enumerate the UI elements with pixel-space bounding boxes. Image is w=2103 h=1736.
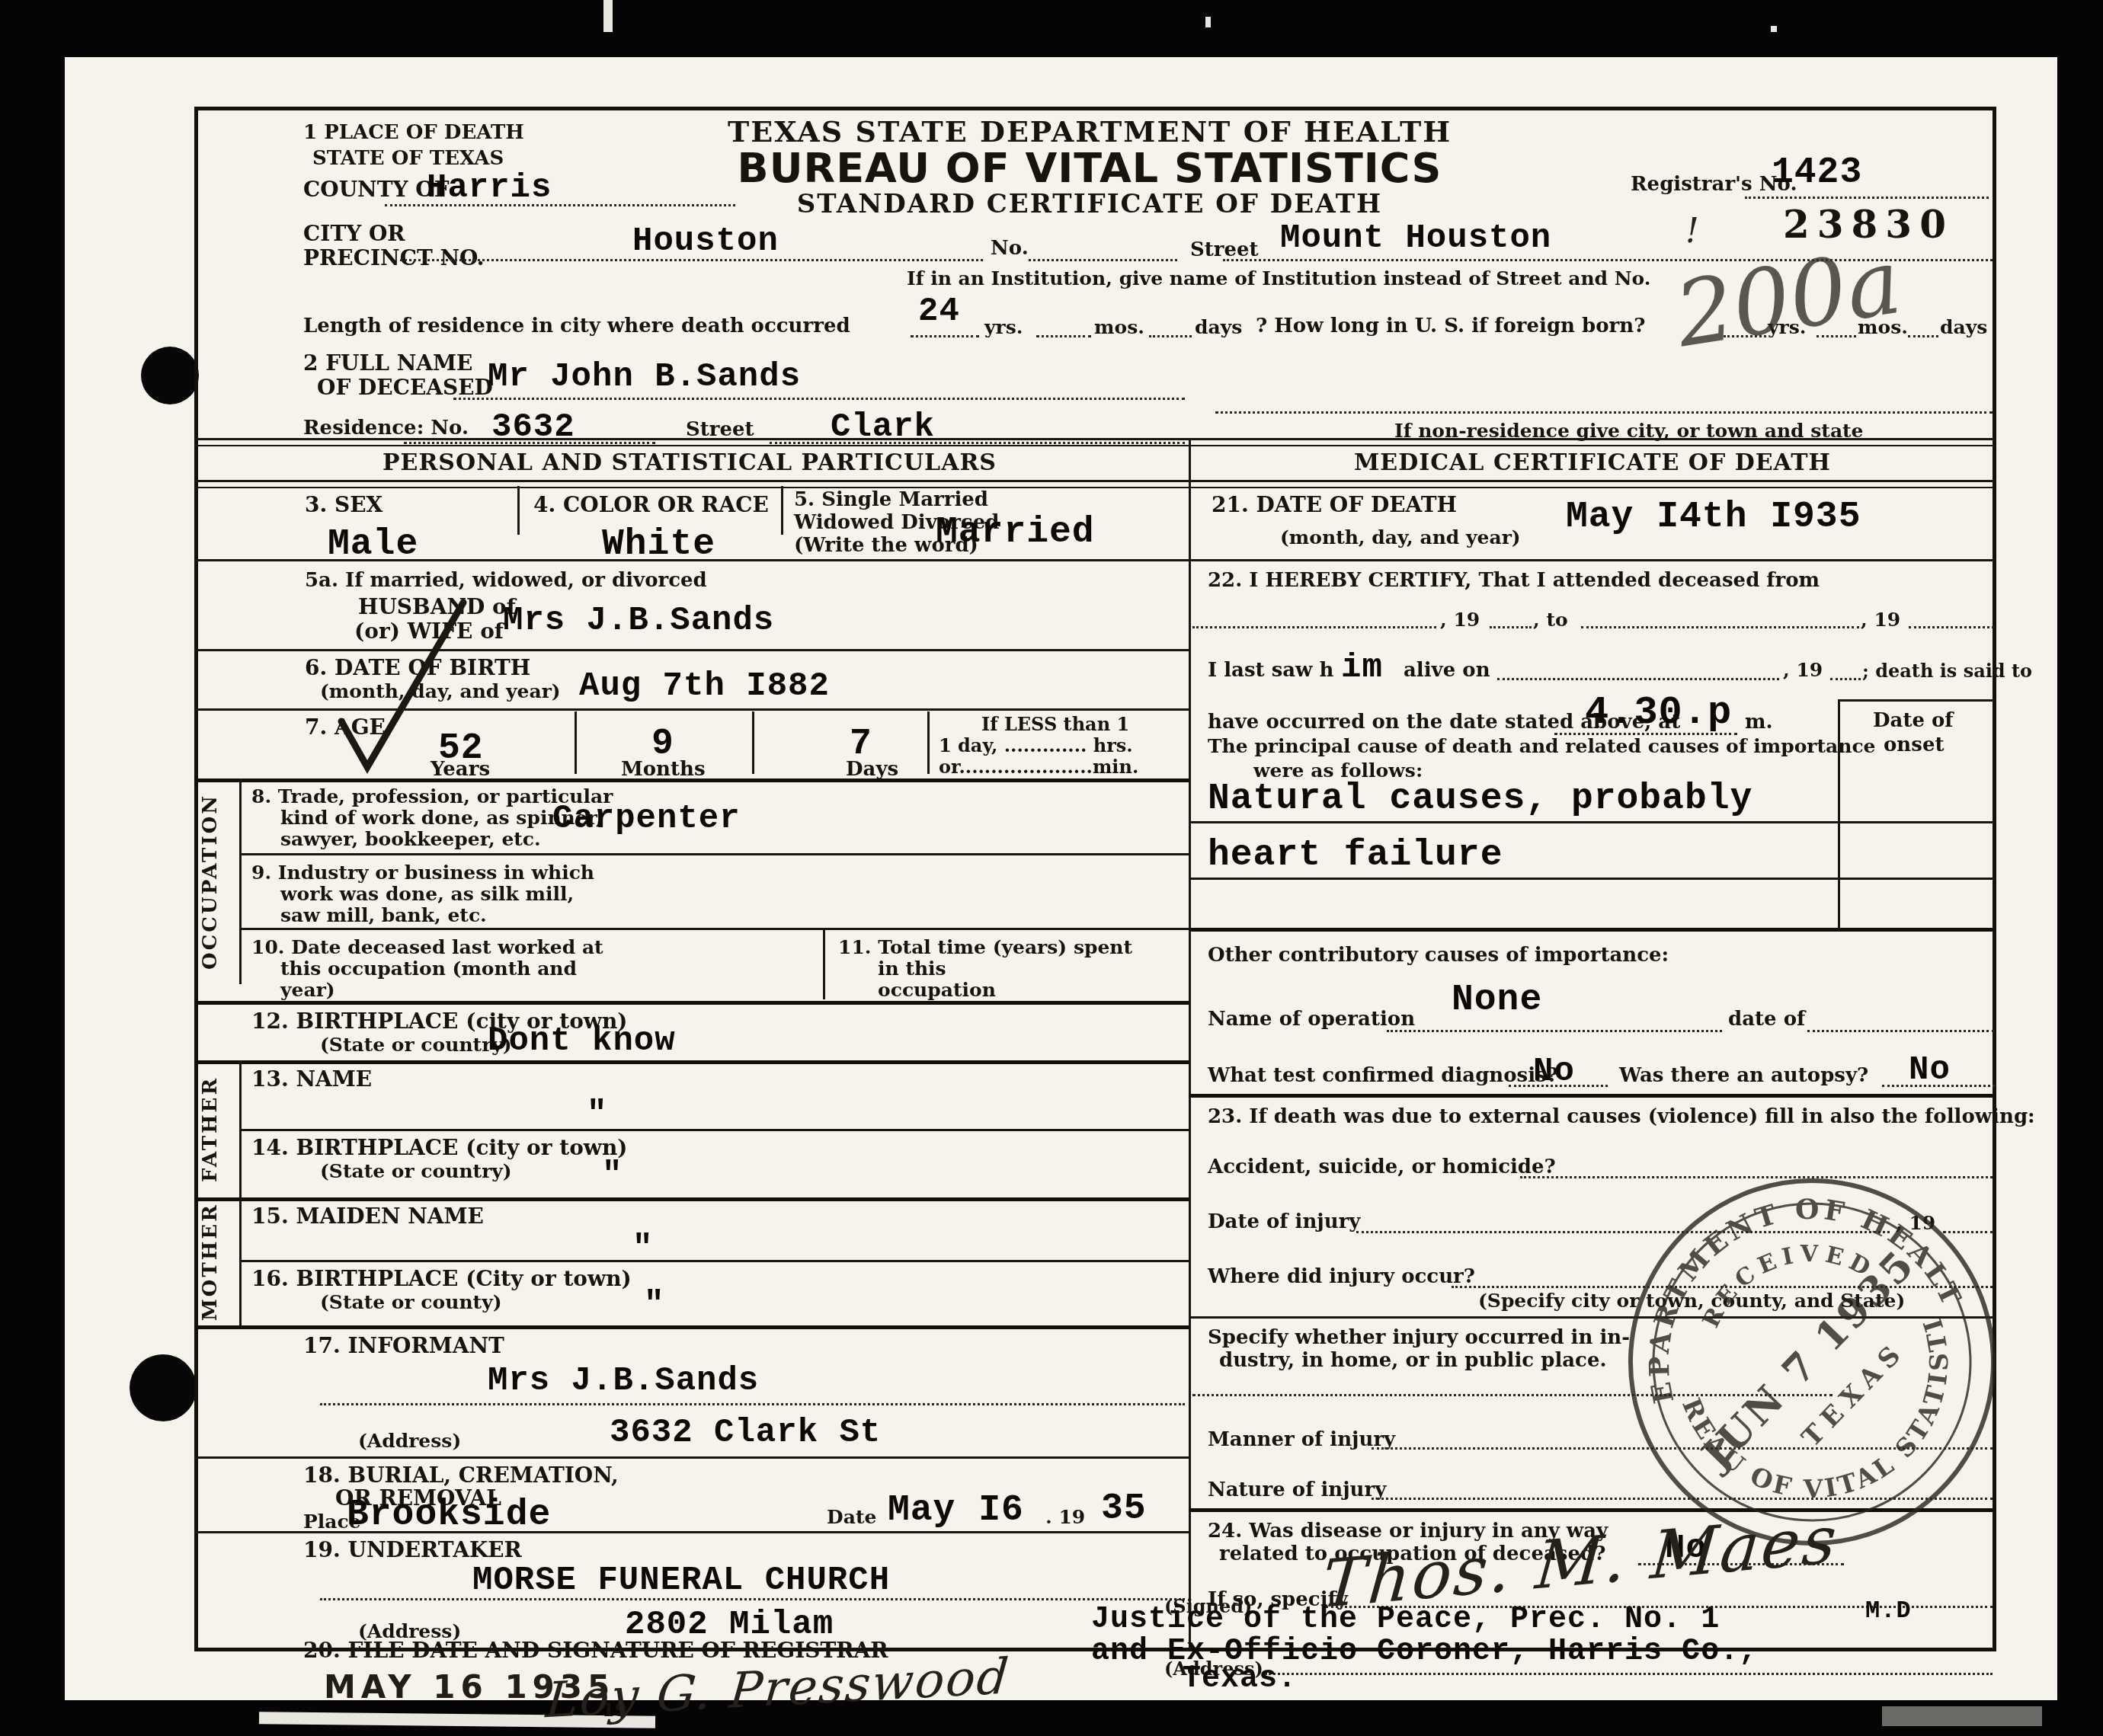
- s13-label: 13. NAME: [251, 1068, 372, 1091]
- injury-date-label: Date of injury: [1208, 1211, 1360, 1232]
- s19-value: MORSE FUNERAL CHURCH: [472, 1562, 890, 1600]
- age-less-label-2: 1 day, ............. hrs.: [939, 736, 1133, 756]
- institution-note: If in an Institution, give name of Insti…: [907, 268, 1651, 289]
- s18-date-label: Date: [827, 1507, 876, 1527]
- punch-hole: [130, 1354, 197, 1421]
- s14-label-2: (State or country): [320, 1161, 512, 1181]
- dotted-line: [911, 335, 979, 337]
- registrar-no-value: 1423: [1772, 152, 1862, 193]
- rule: [239, 853, 1189, 855]
- sex-label: 3. SEX: [305, 494, 383, 516]
- lastsaw-typed: im: [1341, 649, 1383, 687]
- s9-label-3: saw mill, bank, etc.: [280, 905, 487, 926]
- color-race-label: 4. COLOR OR RACE: [533, 494, 769, 516]
- cell-divider: [927, 711, 930, 774]
- place-of-death-label: 1 PLACE OF DEATH: [303, 122, 524, 143]
- s17-label: 17. INFORMANT: [303, 1335, 504, 1357]
- age-less-label-1: If LESS than 1: [981, 715, 1129, 734]
- signed-title-line-1: Justice of the Peace, Prec. No. 1: [1091, 1603, 1720, 1637]
- age-months-label: Months: [621, 759, 706, 780]
- dotted-line: [1509, 1085, 1608, 1087]
- residence-street-label: Street: [686, 419, 754, 440]
- s8-value: Carpenter: [552, 800, 741, 838]
- s14-label-1: 14. BIRTHPLACE (city or town): [251, 1137, 628, 1159]
- rule: [1189, 559, 1996, 561]
- manner-label: Manner of injury: [1208, 1429, 1395, 1450]
- rule-heavy: [1189, 928, 1996, 932]
- s17-address-value: 3632 Clark St: [610, 1414, 881, 1452]
- s12-label-2: (State or country): [320, 1034, 512, 1055]
- s21-label: 21. DATE OF DEATH: [1212, 494, 1457, 516]
- handwritten-checkmark: [328, 590, 488, 781]
- s9-label-2: work was done, as silk mill,: [280, 884, 574, 904]
- county-value: Harris: [427, 169, 552, 207]
- dotted-line: [1265, 1673, 1993, 1675]
- nature-label: Nature of injury: [1208, 1479, 1386, 1501]
- rule-heavy: [1189, 1094, 1996, 1098]
- father-side-label: FATHER: [200, 1065, 221, 1193]
- full-name-value: Mr John B.Sands: [488, 358, 801, 396]
- cause-value-line-1: Natural causes, probably: [1208, 778, 1752, 820]
- injury-where-label: Where did injury occur?: [1208, 1266, 1475, 1287]
- cell-divider: [781, 486, 783, 535]
- s18-label-1: 18. BURIAL, CREMATION,: [303, 1464, 619, 1487]
- occurred-m-label: m.: [1745, 711, 1773, 733]
- cause-label-1: The principal cause of death and related…: [1208, 736, 1876, 756]
- s21-sub-label: (month, day, and year): [1280, 527, 1521, 548]
- s21-value: May I4th I935: [1566, 497, 1861, 538]
- onset-box-divider: [1838, 699, 1840, 928]
- cell-divider: [752, 711, 754, 774]
- s19-label: 19. UNDERTAKER: [303, 1539, 522, 1562]
- cell-divider: [575, 711, 577, 774]
- specify-label-1: Specify whether injury occurred in in-: [1208, 1327, 1630, 1348]
- state-of-texas-label: STATE OF TEXAS: [312, 148, 504, 169]
- department-title: TEXAS STATE DEPARTMENT OF HEALTH: [728, 116, 1452, 147]
- dotted-line: [1745, 197, 1989, 199]
- handwritten-mark: !: [1685, 212, 1699, 251]
- street-no-label: No.: [991, 238, 1029, 259]
- occurred-time-value: 4.30.p: [1585, 690, 1732, 735]
- rule: [194, 1456, 1189, 1459]
- s23-label: 23. If death was due to external causes …: [1208, 1106, 2035, 1127]
- residence-length-label: Length of residence in city where death …: [303, 315, 850, 337]
- cause-value-line-2: heart failure: [1208, 835, 1503, 876]
- dotted-line: [1215, 411, 1993, 414]
- accident-label: Accident, suicide, or homicide?: [1208, 1156, 1556, 1178]
- scanned-death-certificate: 1 PLACE OF DEATH STATE OF TEXAS TEXAS ST…: [0, 0, 2103, 1736]
- s10-label-2: this occupation (month and: [280, 958, 577, 979]
- contributory-label: Other contributory causes of importance:: [1208, 945, 1669, 966]
- age-less-label-3: or.....................min.: [939, 757, 1138, 777]
- dotted-line: [453, 398, 1185, 400]
- autopsy-label: Was there an autopsy?: [1619, 1065, 1868, 1086]
- s16-label-1: 16. BIRTHPLACE (City or town): [251, 1268, 632, 1290]
- s13-ditto: ″: [587, 1095, 607, 1133]
- s11-label-2: in this: [878, 958, 946, 979]
- lastsaw-label-1: I last saw h: [1208, 660, 1333, 681]
- lastsaw-label-2: alive on: [1404, 660, 1490, 681]
- side-strip-divider: [239, 1197, 242, 1327]
- occupation-side-label: OCCUPATION: [200, 785, 221, 979]
- residence-length-value: 24: [918, 293, 960, 331]
- dotted-line: [320, 1403, 1185, 1405]
- city-value: Houston: [632, 222, 779, 261]
- s18-year-value: 35: [1101, 1488, 1147, 1530]
- cause-label-2: were as follows:: [1253, 760, 1423, 781]
- test-label: What test confirmed diagnosis?: [1208, 1065, 1558, 1086]
- marital-label-1: 5. Single Married: [794, 489, 988, 510]
- operation-value: None: [1452, 980, 1542, 1021]
- s5a-value: Mrs J.B.Sands: [503, 602, 774, 640]
- rule: [194, 1531, 1189, 1533]
- yrs-label: yrs.: [984, 317, 1023, 337]
- mother-side-label: MOTHER: [200, 1202, 221, 1322]
- full-name-label-1: 2 FULL NAME: [303, 352, 472, 375]
- days-label-2: days: [1940, 317, 1987, 337]
- film-speck: [1205, 17, 1211, 27]
- punch-hole: [141, 347, 199, 404]
- cell-divider: [823, 929, 825, 999]
- s8-label-3: sawyer, bookkeeper, etc.: [280, 829, 541, 849]
- cell-divider: [517, 486, 520, 535]
- rule: [1189, 878, 1996, 880]
- onset-label-1: Date of: [1873, 710, 1954, 731]
- seg-19c: , 19: [1783, 660, 1823, 680]
- rule-heavy: [194, 1325, 1189, 1329]
- s17-address-label: (Address): [358, 1431, 461, 1451]
- s5a-label-1: 5a. If married, widowed, or divorced: [305, 570, 707, 591]
- specify-label-2: dustry, in home, or in public place.: [1219, 1350, 1607, 1371]
- left-section-title: PERSONAL AND STATISTICAL PARTICULARS: [383, 451, 997, 475]
- dotted-line: [1192, 626, 1436, 628]
- dotted-line: [1387, 1030, 1722, 1032]
- dotted-line: [385, 204, 735, 206]
- right-section-title: MEDICAL CERTIFICATE OF DEATH: [1354, 451, 1831, 475]
- rule-double: [194, 480, 1996, 488]
- dotted-line: [1497, 678, 1779, 680]
- standard-certificate-title: STANDARD CERTIFICATE OF DEATH: [797, 190, 1382, 219]
- mos-label: mos.: [1094, 317, 1144, 337]
- onset-box-top: [1838, 699, 1996, 702]
- side-strip-divider: [239, 778, 242, 984]
- full-name-label-2: OF DECEASED: [317, 376, 493, 399]
- dotted-line: [320, 1598, 1185, 1600]
- street-value: Mount Houston: [1280, 219, 1551, 257]
- signed-title-line-3: Texas.: [1183, 1662, 1297, 1696]
- s9-label-1: 9. Industry or business in which: [251, 862, 594, 883]
- film-speck: [1771, 26, 1777, 32]
- operation-date-label: date of: [1728, 1009, 1805, 1030]
- autopsy-value: No: [1909, 1051, 1951, 1089]
- s15-label: 15. MAIDEN NAME: [251, 1205, 484, 1228]
- residence-label: Residence: No.: [303, 417, 469, 439]
- days-label: days: [1195, 317, 1242, 337]
- signed-md: M.D: [1865, 1597, 1912, 1625]
- rule-heavy: [194, 1197, 1189, 1201]
- s11-label-3: occupation: [878, 980, 996, 1000]
- dotted-line: [1149, 335, 1192, 337]
- dotted-line: [400, 259, 983, 261]
- s16-ditto: ″: [644, 1286, 664, 1324]
- street-label: Street: [1190, 239, 1259, 261]
- rule: [239, 928, 1189, 930]
- seg-19b: , 19: [1861, 609, 1900, 630]
- seg-to: , to: [1533, 609, 1568, 630]
- dotted-line: [1490, 626, 1532, 628]
- dotted-line: [1036, 335, 1091, 337]
- rule-heavy: [194, 1001, 1189, 1005]
- dotted-line: [1830, 678, 1861, 680]
- rule: [239, 1129, 1189, 1131]
- film-scratch: [603, 0, 613, 32]
- s12-value: Dont know: [488, 1022, 676, 1060]
- onset-label-2: onset: [1884, 734, 1944, 756]
- dotted-line: [1882, 1085, 1995, 1087]
- rule-heavy: [194, 1060, 1189, 1064]
- marital-value: Married: [936, 512, 1095, 553]
- received-stamp: DEPARTMENT OF HEALTH BUREAU OF VITAL STA…: [1621, 1172, 2002, 1552]
- rule: [239, 1260, 1189, 1262]
- s22-label: 22. I HEREBY CERTIFY, That I attended de…: [1208, 570, 1820, 591]
- s11-label-1: 11. Total time (years) spent: [838, 937, 1132, 958]
- seg-19a: , 19: [1440, 609, 1480, 630]
- rule: [1189, 821, 1996, 823]
- dotted-line: [1807, 1030, 1994, 1032]
- dob-value: Aug 7th I882: [579, 667, 830, 705]
- dotted-line: [1908, 335, 1938, 337]
- lastsaw-label-3: ; death is said to: [1862, 661, 2032, 681]
- city-label-1: CITY OR: [303, 222, 405, 245]
- foreign-born-label: ? How long in U. S. if foreign born?: [1256, 315, 1645, 337]
- dotted-line: [1909, 626, 1994, 628]
- s16-label-2: (State or county): [320, 1292, 502, 1312]
- s18-19-label: . 19: [1045, 1507, 1085, 1527]
- s10-label-1: 10. Date deceased last worked at: [251, 937, 603, 958]
- s18-place-value: Brookside: [347, 1495, 551, 1536]
- film-edge-sliver: [1882, 1706, 2042, 1726]
- rule-double: [194, 438, 1996, 446]
- s14-ditto: ″: [602, 1156, 623, 1194]
- rule: [194, 559, 1189, 561]
- dotted-line: [1581, 626, 1859, 628]
- bureau-title: BUREAU OF VITAL STATISTICS: [738, 146, 1442, 190]
- age-days-label: Days: [846, 759, 898, 780]
- s17-value: Mrs J.B.Sands: [488, 1362, 759, 1400]
- column-divider: [1189, 438, 1191, 1651]
- dotted-line: [1029, 259, 1177, 261]
- operation-label: Name of operation: [1208, 1009, 1415, 1030]
- s18-date-value: May I6: [888, 1490, 1024, 1531]
- s10-label-3: year): [280, 980, 335, 1000]
